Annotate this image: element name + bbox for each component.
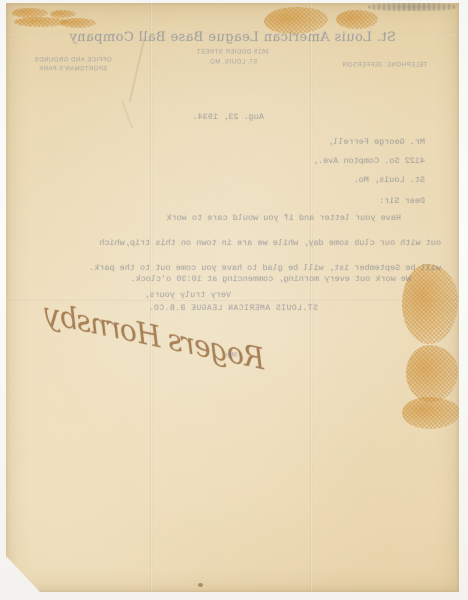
showthrough-layer: St. Louis American League Base Ball Comp… (6, 3, 459, 592)
letterhead-city: ST. LOUIS, MO. (60, 58, 404, 65)
tape-residue-stain (264, 6, 329, 35)
graphite-smudge (368, 3, 456, 11)
handwritten-signature: Rogers Hornsby (44, 296, 266, 377)
scanned-letter-verso: St. Louis American League Base Ball Comp… (0, 0, 468, 600)
letterhead-company: St. Louis American League Base Ball Comp… (6, 30, 459, 45)
body-line-1: Have your letter and if you would care t… (166, 213, 401, 223)
tape-residue-stain (12, 8, 48, 18)
tape-residue-stain (402, 397, 460, 429)
recipient-street: 4122 So. Compton Ave., (313, 156, 425, 166)
tape-residue-stain (336, 10, 378, 29)
grounds-note-line2: SPORTSMAN'S PARK (30, 65, 115, 72)
aged-paper-sheet: St. Louis American League Base Ball Comp… (6, 3, 459, 592)
company-signature-line: ST.LOUIS AMERICAN LEAGUE B.B.CO. (125, 304, 341, 313)
tape-residue-stain (402, 264, 458, 344)
ink-spot (198, 583, 203, 587)
recipient-name: Mr. George Ferrell, (328, 137, 425, 147)
tape-residue-stain (406, 345, 458, 402)
paper-texture (6, 3, 459, 592)
wrinkle-crease (129, 38, 146, 103)
body-line-2: out with our club some day, while we are… (99, 238, 441, 248)
wrinkle-crease (121, 100, 133, 129)
fold-crease-horizontal-middle (6, 300, 459, 303)
letterhead-grounds-note: OFFICE AND GROUNDS SPORTSMAN'S PARK (17, 55, 129, 73)
fold-crease-horizontal-top (6, 33, 459, 36)
tape-residue-stain (50, 10, 76, 18)
salutation: Dear Sir: (379, 196, 425, 206)
tape-residue-stain (60, 18, 96, 28)
fold-crease-vertical-left (150, 3, 153, 592)
body-line-4: We work out every morning, commencing at… (130, 274, 411, 284)
letterhead-street: 3615 DODIER STREET (60, 48, 404, 55)
recipient-city: St. Louis, Mo. (354, 175, 425, 185)
letter-date: Aug. 23, 1934. (193, 112, 264, 122)
letterhead-telephone-note: TELEPHONE: JEFFERSON (342, 61, 427, 68)
fold-crease-vertical-right (310, 3, 313, 592)
body-line-3: will be September 1st, will be glad to h… (89, 263, 441, 273)
tape-residue-stain (14, 17, 68, 27)
grounds-note-line1: OFFICE AND GROUNDS (30, 56, 115, 63)
signer-title: Mgr. (219, 351, 242, 358)
closing: Very truly yours, (144, 290, 231, 300)
